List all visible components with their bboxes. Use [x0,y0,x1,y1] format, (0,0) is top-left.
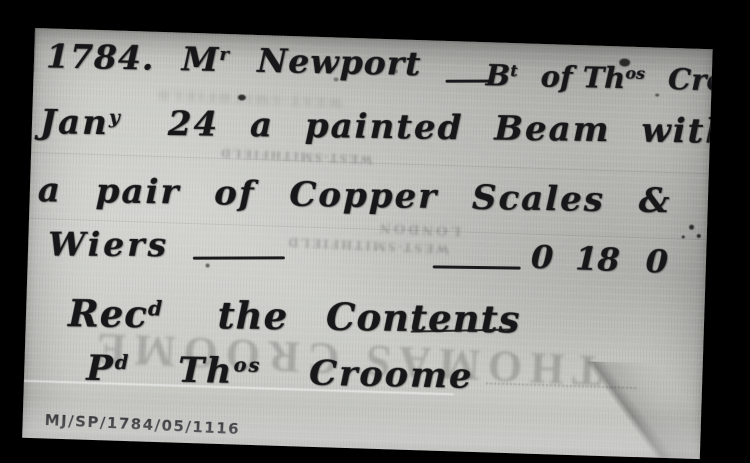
signature-thos: Th [178,350,234,392]
paid-abbrev: P [86,348,115,390]
thos-sup: os [625,64,645,83]
signature-line: Pd Thos Croome [86,348,474,397]
header-line: 1784. Mr Newport [46,36,422,83]
item-line-2: a pair of Copper Scales & [38,170,672,221]
ink-speck [206,263,210,267]
ink-speck [682,235,685,238]
seller-name: Croome [668,62,713,99]
showthrough-band-top: WEST-SMITHFIELD [219,145,373,168]
year: 1784. [46,36,155,77]
customer-name: Newport [257,41,422,83]
amount-shillings: 18 [575,239,621,279]
customer-honorific: M [181,39,219,79]
customer-honorific-sup: r [219,44,230,65]
received-text: the Contents [217,293,520,341]
item-line-1-text: 24 a painted Beam with [168,104,713,152]
bought-abbrev: B [485,58,510,93]
signature-thos-sup: os [233,353,261,377]
received-abbrev: Rec [68,291,148,336]
seller-of-thos: of Th [540,59,625,95]
amount: 0180 [530,238,668,281]
item-line-3: Wiers [48,225,169,265]
receipt-paper: WEST-SMITHFIELD WEST-SMITHFIELD WEST-SMI… [22,28,713,459]
received-abbrev-sup: d [148,296,164,320]
scan-background: WEST-SMITHFIELD WEST-SMITHFIELD WEST-SMI… [0,0,750,463]
month-sup: y [109,106,122,128]
received-line: Recd the Contents [68,291,521,341]
tally-dash [433,265,521,269]
signature-name: Croome [309,352,474,396]
bought-of-line: Bt of Thos Croome [485,58,712,98]
ink-speck [689,225,694,230]
item-line-1: Jany 24 a painted Beam with [40,102,713,152]
month: Jan [40,102,109,143]
amount-pounds: 0 [530,238,554,277]
archive-reference: MJ/SP/1784/05/1116 [44,411,240,438]
bought-abbrev-sup: t [510,61,518,80]
tally-dash [193,256,285,259]
ink-speck [697,234,701,238]
amount-pence: 0 [645,242,669,281]
separator-stroke [34,28,36,72]
fold-crease [570,361,705,459]
paid-abbrev-sup: d [115,351,131,374]
